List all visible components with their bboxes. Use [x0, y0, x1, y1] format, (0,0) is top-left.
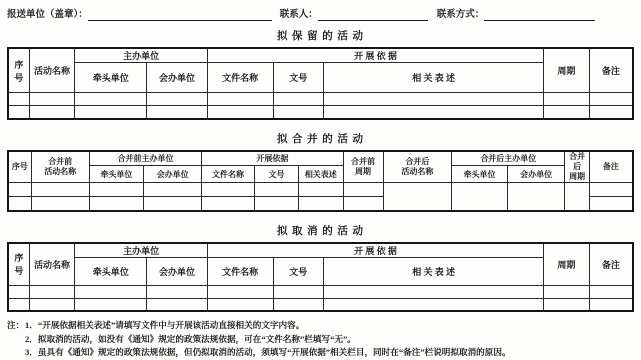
cancel-table: 序号 活动名称 主办单位 开 展 依 据 周期 备注 牵头单位 会办单位 文件名… [7, 242, 634, 313]
merge-header-basis: 开展依据 [202, 151, 343, 166]
note-line-1: 注：1．“开展依据相关表述”请填写文件中与开展该活动直接相关的文字内容。 [7, 319, 634, 333]
empty-cell [507, 183, 565, 211]
form-page: 报送单位（盖章）：联系人：联系方式： 拟 保 留 的 活 动 序号 活动名称 主… [0, 0, 641, 360]
empty-cell [207, 298, 273, 311]
notes-prefix: 注： [7, 319, 25, 333]
retain-header-lead: 牵头单位 [75, 63, 147, 93]
empty-cell [8, 285, 29, 298]
empty-cell [8, 298, 29, 311]
retain-header-doc-name: 文件名称 [207, 63, 273, 93]
empty-cell [31, 183, 89, 197]
empty-cell [29, 106, 75, 119]
merge-header-remark: 备注 [589, 151, 633, 183]
empty-cell [324, 106, 544, 119]
empty-cell [207, 285, 273, 298]
contact-line [318, 9, 428, 21]
empty-cell [8, 106, 29, 119]
empty-cell [589, 106, 633, 119]
cancel-empty-row [8, 298, 633, 311]
cancel-table-title: 拟 取 消 的 活 动 [7, 223, 634, 238]
cancel-header-host: 主办单位 [75, 243, 208, 258]
empty-cell [254, 183, 298, 197]
merge-header-co-host: 会办单位 [144, 166, 202, 183]
empty-cell [343, 183, 383, 197]
merge-table: 序号 合并前 活动名称 合并前主办单位 开展依据 合并前 周期 合并后 活动名称… [7, 150, 634, 212]
empty-cell [8, 197, 31, 211]
cancel-header-seq: 序号 [8, 243, 29, 286]
note-item-3: 3．虽具有《通知》规定的政策法规依据，但仍拟取消的活动，须填写“开展依据”相关栏… [25, 347, 511, 357]
empty-cell [589, 285, 633, 298]
note-line-2: 2．拟取消的活动，如没有《通知》规定的政策法规依据，可在“文件名称”栏填写“无”… [7, 333, 634, 347]
empty-cell [589, 197, 633, 211]
empty-cell [75, 285, 147, 298]
empty-cell [207, 93, 273, 106]
merge-header-post-host: 合并后主办单位 [452, 151, 565, 166]
empty-cell [144, 183, 202, 197]
empty-cell [273, 285, 324, 298]
merge-header-lead: 牵头单位 [89, 166, 143, 183]
empty-cell [147, 106, 208, 119]
empty-cell [589, 183, 633, 197]
empty-cell [544, 285, 590, 298]
report-unit-line [88, 9, 272, 21]
empty-cell [147, 93, 208, 106]
phone-label: 联系方式： [437, 9, 485, 21]
cancel-header-doc-no: 文号 [273, 257, 324, 285]
retain-empty-row [8, 106, 633, 119]
report-unit-label: 报送单位（盖章）： [7, 9, 88, 21]
retain-header-basis: 开 展 依 据 [207, 48, 543, 63]
merge-empty-row [8, 183, 633, 197]
empty-cell [144, 197, 202, 211]
merge-header-pre-activity: 合并前 活动名称 [31, 151, 89, 183]
empty-cell [273, 93, 324, 106]
retain-empty-row [8, 93, 633, 106]
retain-header-period: 周期 [544, 48, 590, 93]
empty-cell [452, 183, 508, 211]
empty-cell [299, 183, 343, 197]
merge-header-post-co-host: 会办单位 [507, 166, 565, 183]
empty-cell [589, 93, 633, 106]
empty-cell [8, 183, 31, 197]
cancel-header-basis: 开 展 依 据 [207, 243, 543, 258]
empty-cell [254, 197, 298, 211]
retain-header-doc-no: 文号 [273, 63, 324, 93]
empty-cell [89, 183, 143, 197]
cancel-header-lead: 牵头单位 [75, 257, 147, 285]
empty-cell [383, 183, 452, 211]
merge-header-post-activity: 合并后 活动名称 [383, 151, 452, 183]
merge-header-pre-host: 合并前主办单位 [89, 151, 202, 166]
merge-header-post-period: 合并后 周期 [565, 151, 589, 183]
form-header-row: 报送单位（盖章）：联系人：联系方式： [7, 9, 634, 21]
cancel-header-statement: 相 关 表 述 [324, 257, 544, 285]
cancel-header-remark: 备注 [589, 243, 633, 286]
contact-label: 联系人： [280, 9, 318, 21]
empty-cell [147, 285, 208, 298]
empty-cell [29, 93, 75, 106]
empty-cell [147, 298, 208, 311]
empty-cell [202, 183, 255, 197]
note-line-3: 3．虽具有《通知》规定的政策法规依据，但仍拟取消的活动，须填写“开展依据”相关栏… [7, 346, 634, 360]
retain-header-activity: 活动名称 [29, 48, 75, 93]
empty-cell [544, 106, 590, 119]
empty-cell [202, 197, 255, 211]
empty-cell [324, 93, 544, 106]
retain-header-co-host: 会办单位 [147, 63, 208, 93]
empty-cell [544, 298, 590, 311]
merge-header-seq: 序号 [8, 151, 31, 183]
retain-table: 序号 活动名称 主办单位 开 展 依 据 周期 备注 牵头单位 会办单位 文件名… [7, 47, 634, 120]
empty-cell [299, 197, 343, 211]
merge-header-doc-name: 文件名称 [202, 166, 255, 183]
empty-cell [75, 93, 147, 106]
cancel-header-co-host: 会办单位 [147, 257, 208, 285]
retain-header-host: 主办单位 [75, 48, 208, 63]
merge-header-post-lead: 牵头单位 [452, 166, 508, 183]
merge-table-title: 拟 合 并 的 活 动 [7, 131, 634, 146]
retain-header-statement: 相 关 表 述 [324, 63, 544, 93]
empty-cell [273, 298, 324, 311]
retain-table-title: 拟 保 留 的 活 动 [7, 28, 634, 43]
empty-cell [273, 106, 324, 119]
merge-header-doc-no: 文号 [254, 166, 298, 183]
empty-cell [29, 298, 75, 311]
empty-cell [75, 298, 147, 311]
notes-section: 注：1．“开展依据相关表述”请填写文件中与开展该活动直接相关的文字内容。 2．拟… [7, 319, 634, 360]
note-item-2: 2．拟取消的活动，如没有《通知》规定的政策法规依据，可在“文件名称”栏填写“无”… [25, 334, 356, 344]
empty-cell [8, 93, 29, 106]
empty-cell [324, 285, 544, 298]
cancel-header-activity: 活动名称 [29, 243, 75, 286]
cancel-header-period: 周期 [544, 243, 590, 286]
cancel-empty-row [8, 285, 633, 298]
empty-cell [207, 106, 273, 119]
empty-cell [75, 106, 147, 119]
empty-cell [324, 298, 544, 311]
merge-header-pre-period: 合并前 周期 [343, 151, 383, 183]
empty-cell [89, 197, 143, 211]
retain-header-remark: 备注 [589, 48, 633, 93]
merge-header-statement: 相关表述 [299, 166, 343, 183]
empty-cell [343, 197, 383, 211]
empty-cell [31, 197, 89, 211]
phone-line [484, 9, 595, 21]
empty-cell [544, 93, 590, 106]
empty-cell [29, 285, 75, 298]
empty-cell [589, 298, 633, 311]
cancel-header-doc-name: 文件名称 [207, 257, 273, 285]
note-item-1: 1．“开展依据相关表述”请填写文件中与开展该活动直接相关的文字内容。 [25, 320, 304, 330]
retain-header-seq: 序号 [8, 48, 29, 93]
empty-cell [565, 183, 589, 211]
